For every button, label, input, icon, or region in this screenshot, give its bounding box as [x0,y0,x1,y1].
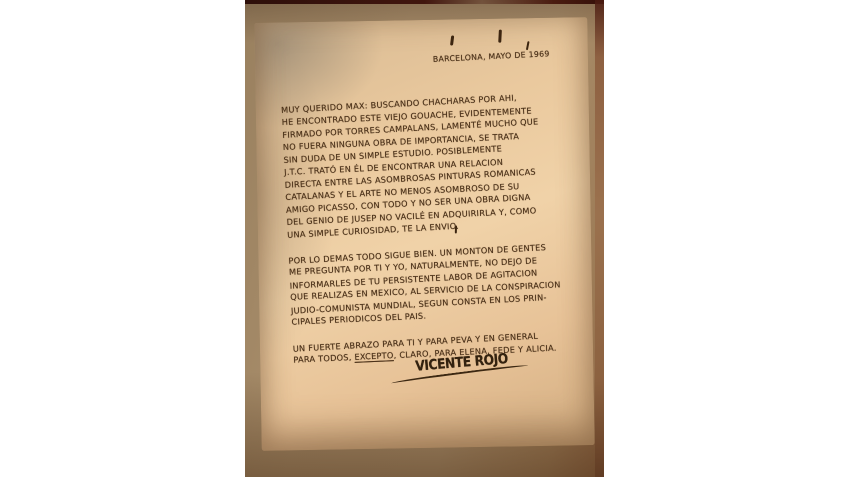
letter-photo: BARCELONA, MAYO DE 1969 MUY QUERIDO MAX:… [245,0,604,477]
paragraph-1: MUY QUERIDO MAX: BUSCANDO CHACHARAS POR … [281,90,558,241]
letter-body: MUY QUERIDO MAX: BUSCANDO CHACHARAS POR … [281,90,565,379]
page: BARCELONA, MAYO DE 1969 MUY QUERIDO MAX:… [0,0,848,477]
letter-paper: BARCELONA, MAYO DE 1969 MUY QUERIDO MAX:… [254,17,594,451]
photo-top-edge [245,0,604,4]
paragraph-2: POR LO DEMAS TODO SIGUE BIEN. UN MONTON … [288,241,562,329]
closing-text: PARA TODOS, [293,352,355,365]
closing-underlined-word: EXCEPTO [354,350,394,362]
letter-content: BARCELONA, MAYO DE 1969 MUY QUERIDO MAX:… [249,13,603,457]
date-line: BARCELONA, MAYO DE 1969 [433,48,550,66]
